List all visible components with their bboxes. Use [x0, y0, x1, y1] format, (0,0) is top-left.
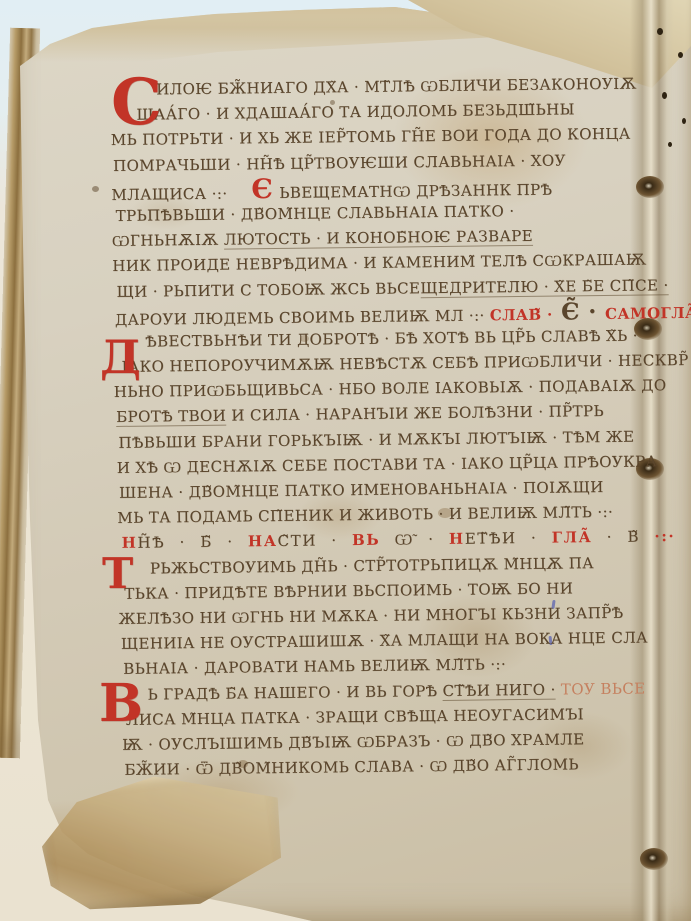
- text-segment: ЩЕДРИТЕЛЮ · Х̃Е Б̃Е СП̃СЕ ·: [420, 276, 669, 298]
- rubric-initial: С: [111, 76, 162, 130]
- stain: [92, 186, 99, 192]
- text-segment: ГЛА̃: [552, 529, 593, 547]
- wormhole: [657, 28, 663, 35]
- wormhole: [678, 52, 683, 58]
- text-segment: ТРЬПѢВЬШИ · ДВ̃ОМ̃НЦЕ СЛАВЬНАІА ПАТКО ·: [116, 202, 515, 225]
- text-segment: ЩЕНИІА НЕ ОУСТРАШИШѪ · Х̃А МЛАЩИ НА ВОКА…: [121, 629, 648, 653]
- text-segment: ЕТ̃ѢИ ·: [465, 529, 552, 548]
- text-segment: ПѢВЬШИ БРАНИ ГОРЬКЪІѬ · И МѪКЪІ ЛЮТЪІѬ ·…: [118, 427, 634, 451]
- text-segment: БРОТѢ ТВОИ: [116, 407, 226, 427]
- text-segment: МЬ ТА ПОДАМЬ СП̃ЕНИК И ЖИВОТЬ · И ВЕЛИѬ …: [117, 503, 613, 527]
- text-segment: Є: [251, 174, 273, 205]
- rubric-initial: В: [99, 682, 143, 726]
- text-segment: ШЕНА · ДВ̃ОМ̃НЦЕ ПАТКО ИМЕНОВАНЬНАІА · П…: [119, 478, 604, 502]
- text-segment: НЬНО ПРИѠБЬЩИВЬСА · НБО ВОЛЕ ІАКОВЬІѪ · …: [114, 376, 667, 401]
- wormhole: [682, 118, 686, 124]
- rubric-initial: Т: [102, 556, 133, 592]
- sewing-knot: [640, 848, 668, 870]
- text-segment: ѢВЕСТВЬНѢИ ТИ ДОБРОТѢ · БѢ ХОТѢ ВЬ ЦР̃Ь …: [145, 326, 638, 350]
- text-segment: ТОУ ВЬСЕ: [556, 679, 646, 698]
- text-segment: ѠГНЬНѪІѪ: [112, 231, 224, 250]
- text-segment: Ь ГРАДѢ Б̃А НАШЕГО · И ВЬ ГОРѢ: [147, 681, 442, 703]
- text-segment: ЛЮТОСТЬ · И КОНОБ̃НОѤ РАЗВАРЕ: [224, 227, 533, 250]
- text-segment: Є̃ ·: [553, 298, 606, 326]
- text-segment: И СИЛА · НАРАНЪІИ ЖЕ БОЛѢЗНИ · ПР̃ТРЬ: [226, 402, 604, 425]
- text-segment: Ѡ̃ ·: [380, 530, 449, 549]
- text-segment: ПОМРАЧЬШИ · НН̃Ѣ ЦР̃ТВОУѤШИ СЛАВЬНАІА · …: [113, 151, 566, 175]
- text-block: ИЛОѤ БЖ̃НИАГО ДХ̃А · МТ̃ЛѢ ѠБЛИЧИ БЕЗАКО…: [110, 71, 664, 783]
- text-segment: · В̃: [592, 528, 654, 547]
- text-segment: МЛАЩИСА ·:·: [111, 184, 227, 203]
- text-segment: ІАКО НЕПОРОУЧИМѪѬ НЕВѢСТѪ СЕБѢ ПРИѠБЛИЧИ…: [121, 351, 688, 376]
- text-segment: Ѭ · ОУСЛЪІШИМЬ ДВ̃ЪІѬ ѠБРАЗЪ · Ѡ ДВ̃О ХР…: [122, 730, 585, 754]
- text-segment: НИК ПРОИДЕ НЕВРѢДИМА · И КАМЕНИМ̃ ТЕЛѢ С…: [112, 251, 647, 276]
- text-segment: ЛИСА М̃НЦА ПАТКА · ЗРАЩИ СВѢЩА НЕОУГАСИМ…: [126, 705, 584, 729]
- text-segment: САМОГЛА̃: [605, 304, 691, 323]
- text-segment: И ХѢ Ѡ ДЕСНѪІѪ СЕБЕ ПОСТАВИ ТА · ІАКО ЦР…: [117, 452, 658, 477]
- text-segment: ЖЕЛѢЗО НИ ѠГНЬ НИ МѪКА · НИ МНОГЪІ КЬЗНИ…: [118, 604, 623, 628]
- text-segment: ВЬ: [352, 531, 380, 549]
- text-segment: Н: [449, 530, 465, 548]
- text-segment: ТЬКА · ПРИДѢТЕ ВѢРНИИ ВЬСПОИМЬ · ТОѬ БО …: [124, 579, 573, 602]
- text-segment: ·:·: [654, 528, 675, 546]
- text-segment: С̃ТИ ·: [277, 531, 352, 550]
- text-segment: ШАА́ГО · И ХДАШАА́ГО ТА ИДОЛОМЬ БЕЗЬДШ̃Ь…: [136, 101, 575, 124]
- text-segment: НА: [248, 532, 278, 550]
- text-segment: ЩИ · РЬПИТИ С ТОБОѬ ЖСЬ ВЬСЕ: [116, 279, 420, 301]
- text-segment: ВЬНАІА · ДАРОВАТИ НАМЬ ВЕЛИѬ МЛ̃ТЬ ·:·: [123, 656, 506, 679]
- rubric-initial: Д: [100, 338, 141, 377]
- text-segment: РЬЖЬСТВОУИМЬ ДН̃Ь · СТР̃ТОТРЬПИЦѪ М̃НЦѪ …: [150, 554, 594, 577]
- text-segment: БЖ̃ИИ · Ѿ ДВ̃ОМ̃НИКОМЬ СЛАВА · Ѡ ДВ̃О АГ…: [124, 755, 579, 779]
- text-segment: СЛАВ̃ ·: [490, 305, 553, 324]
- manuscript-photo: ИЛОѤ БЖ̃НИАГО ДХ̃А · МТ̃ЛѢ ѠБЛИЧИ БЕЗАКО…: [0, 0, 691, 921]
- text-segment: МЬ ПОТРЬТИ · И ХЬ ЖЕ ІЕР̃ТОМЬ ГН̃Е ВОИ Г…: [111, 125, 631, 149]
- text-segment: ИЛОѤ БЖ̃НИАГО ДХ̃А · МТ̃ЛѢ ѠБЛИЧИ БЕЗАКО…: [156, 75, 637, 99]
- text-segment: СТ̃ѢИ НИГО ·: [443, 680, 556, 700]
- text-segment: Н̃Ѣ · Б̃ ·: [137, 533, 248, 552]
- wormhole: [662, 92, 667, 99]
- wormhole: [668, 142, 672, 147]
